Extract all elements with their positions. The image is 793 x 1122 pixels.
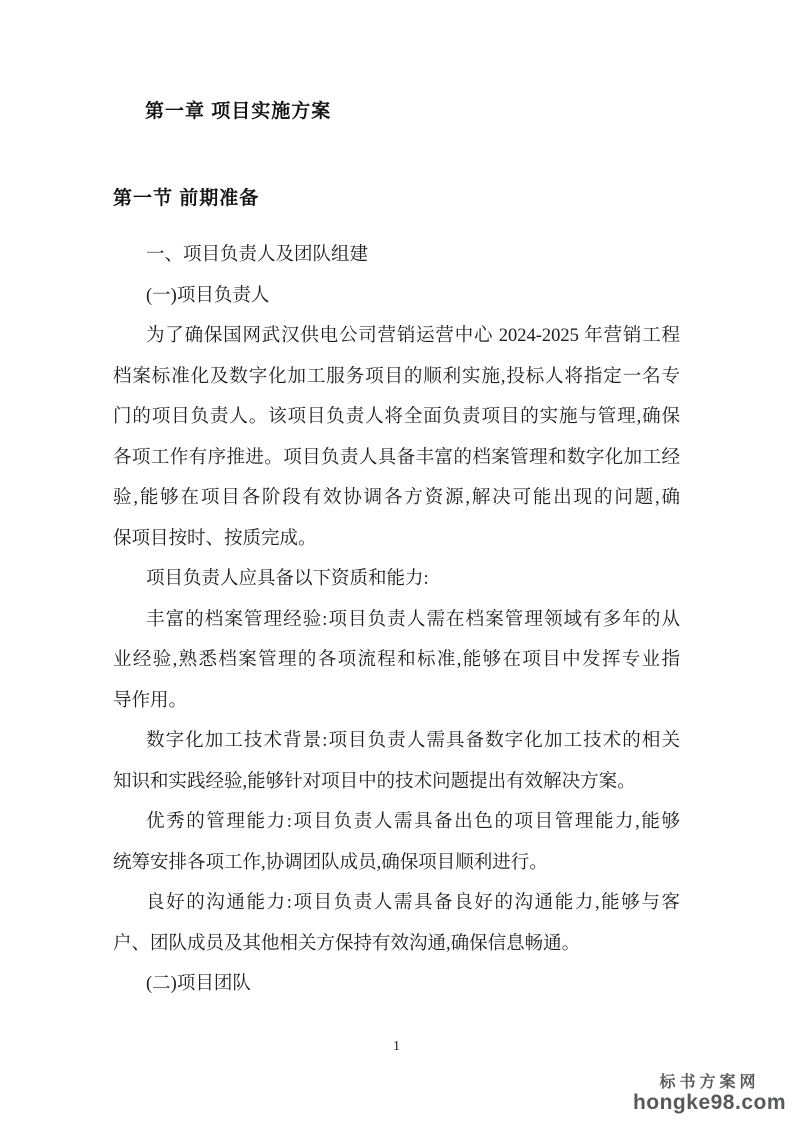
body-line: 数字化加工技术背景:项目负责人需具备数字化加工技术的相关	[113, 721, 680, 762]
body-line: 为了确保国网武汉供电公司营销运营中心 2024-2025 年营销工程	[113, 316, 680, 357]
body-line: 一、项目负责人及团队组建	[113, 235, 680, 276]
body-line: 知识和实践经验,能够针对项目中的技术问题提出有效解决方案。	[113, 762, 680, 803]
watermark-site-url: hongke98.com	[633, 1092, 786, 1113]
site-watermark: 标书方案网 hongke98.com	[633, 1073, 786, 1113]
body-line: 门的项目负责人。该项目负责人将全面负责项目的实施与管理,确保	[113, 397, 680, 438]
body-line: (一)项目负责人	[113, 276, 680, 317]
body-line: 户、团队成员及其他相关方保持有效沟通,确保信息畅通。	[113, 924, 680, 965]
page-number: 1	[0, 1038, 793, 1056]
body-line: 项目负责人应具备以下资质和能力:	[113, 559, 680, 600]
body-line: 保项目按时、按质完成。	[113, 519, 680, 560]
document-page: 第一章 项目实施方案 第一节 前期准备 一、项目负责人及团队组建 (一)项目负责…	[0, 0, 793, 1122]
body-line: 档案标准化及数字化加工服务项目的顺利实施,投标人将指定一名专	[113, 357, 680, 398]
body-line: 业经验,熟悉档案管理的各项流程和标准,能够在项目中发挥专业指	[113, 640, 680, 681]
document-body: 一、项目负责人及团队组建 (一)项目负责人 为了确保国网武汉供电公司营销运营中心…	[113, 235, 680, 1005]
body-line: 丰富的档案管理经验:项目负责人需在档案管理领域有多年的从	[113, 600, 680, 641]
body-line: 优秀的管理能力:项目负责人需具备出色的项目管理能力,能够	[113, 802, 680, 843]
body-line: 各项工作有序推进。项目负责人具备丰富的档案管理和数字化加工经	[113, 438, 680, 479]
chapter-heading: 第一章 项目实施方案	[145, 100, 331, 124]
watermark-site-name: 标书方案网	[633, 1073, 786, 1092]
body-line: (二)项目团队	[113, 964, 680, 1005]
body-line: 良好的沟通能力:项目负责人需具备良好的沟通能力,能够与客	[113, 883, 680, 924]
body-line: 验,能够在项目各阶段有效协调各方资源,解决可能出现的问题,确	[113, 478, 680, 519]
body-line: 统筹安排各项工作,协调团队成员,确保项目顺利进行。	[113, 843, 680, 884]
body-line: 导作用。	[113, 681, 680, 722]
section-heading: 第一节 前期准备	[113, 187, 259, 211]
